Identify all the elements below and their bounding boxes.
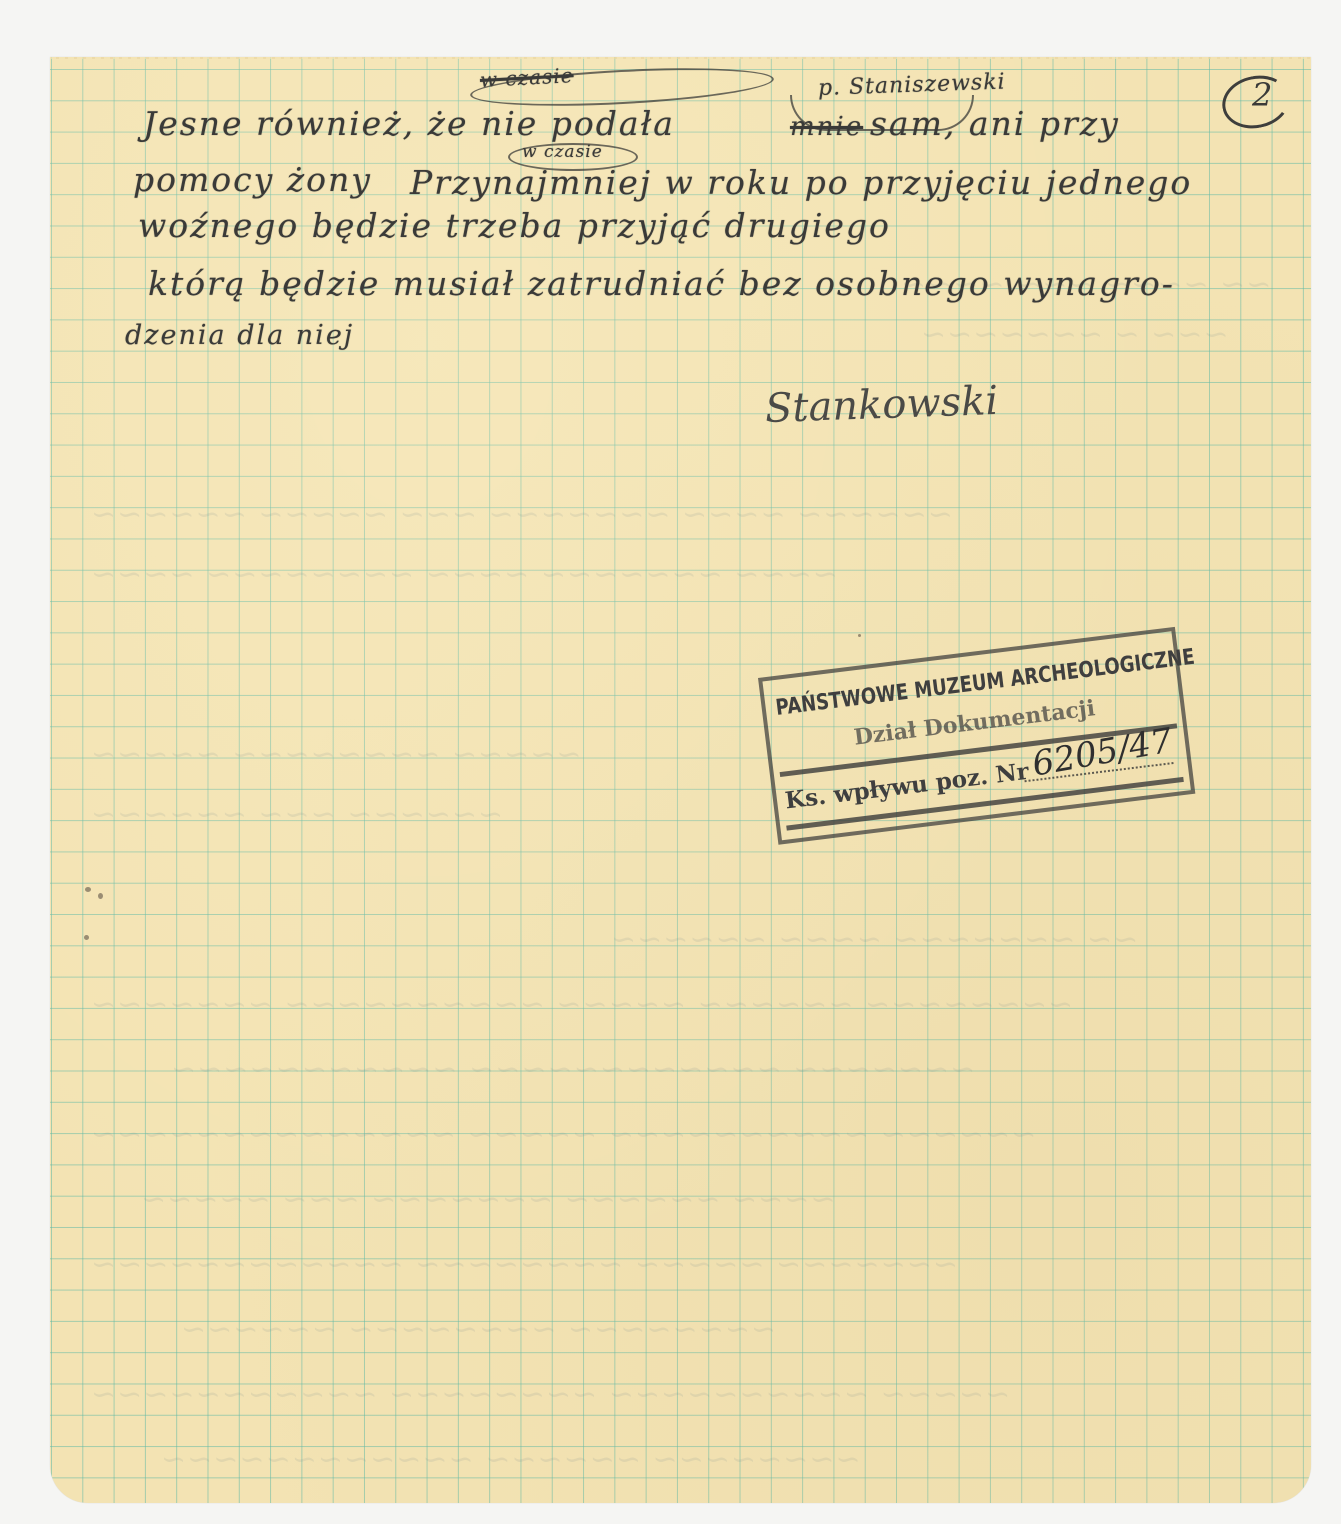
show-through-writing: ~~~~~~~ ~~~~~~~~~~~~ ~~~~~~~~~~~ — [170, 1052, 975, 1087]
show-through-writing: ~~~~ ~~~~~~~ ~~~~ ~~~~~~~~ ~~~~ — [90, 557, 838, 592]
show-through-writing: ~~~ ~ ~~~~~~~ — [920, 317, 1229, 352]
letter-line-3: woźnego będzie trzeba przyjąć drugiego — [138, 206, 891, 245]
circled-insertion-text: w czasie — [522, 142, 603, 162]
letter-line-2-rest: Przynajmniej w roku po przyjęciu jednego — [410, 163, 1192, 202]
show-through-writing: ~~~~~~~~ ~~~~~~~~ ~~~~~~ — [180, 1312, 776, 1347]
show-through-writing: ~~~~~ ~~~~~~~~ ~~~~~ — [90, 737, 582, 772]
struck-word: mnie — [790, 112, 863, 142]
show-through-writing: ~~~~~~ ~~~~~~~~~~ ~~~~~ ~~~~~~~~~~~~~~ — [90, 1117, 1036, 1152]
torn-top-edge — [50, 57, 1311, 59]
show-through-writing: ~~~~~~~~ ~~~~~~ ~~~~~~~~~~~~ — [160, 1442, 861, 1477]
paper-speck — [858, 634, 861, 637]
letter-line-1: Jesne również, że nie podała — [143, 104, 675, 143]
signature: Stankowski — [764, 378, 999, 432]
show-through-writing: ~~~~~~~~ ~~~~~~ ~~~~~ ~~~~~~~~~~ ~~~~~~~ — [90, 987, 1073, 1022]
letter-line-5: dzenia dla niej — [125, 320, 354, 351]
paper-speck — [85, 887, 91, 892]
show-through-writing: ~~~~~~~ ~~~~~ ~~~~~~~~ ~~~~~~~~~~~~ — [90, 1247, 958, 1282]
show-through-writing: ~~~~~~ ~~~~ ~~~~~~~ ~~~ ~~~~~ ~~~~~~ — [90, 497, 953, 532]
show-through-writing: ~~ ~~~~~~~ ~~~~ ~~~~~~ — [610, 922, 1138, 957]
paper-speck — [98, 893, 103, 899]
paper-speck — [84, 935, 89, 940]
letter-line-4: którą będzie musiał zatrudniać bez osobn… — [148, 264, 1175, 303]
show-through-writing: ~~~~~ ~~~~~~~~~~ ~~~~~~~~ ~~~~~~~~~~~ — [90, 1377, 1010, 1412]
page-number: 2 — [1252, 76, 1272, 114]
show-through-writing: ~~~~ ~~~~~~ ~~~~~~~ ~~~ ~~~~~ — [140, 1182, 836, 1217]
letter-line-1-continuation: sam, ani przy — [870, 104, 1120, 143]
letter-line-2: pomocy żony — [133, 160, 372, 199]
show-through-writing: ~~~~~~ ~~~ ~~~~~~ — [90, 797, 503, 832]
